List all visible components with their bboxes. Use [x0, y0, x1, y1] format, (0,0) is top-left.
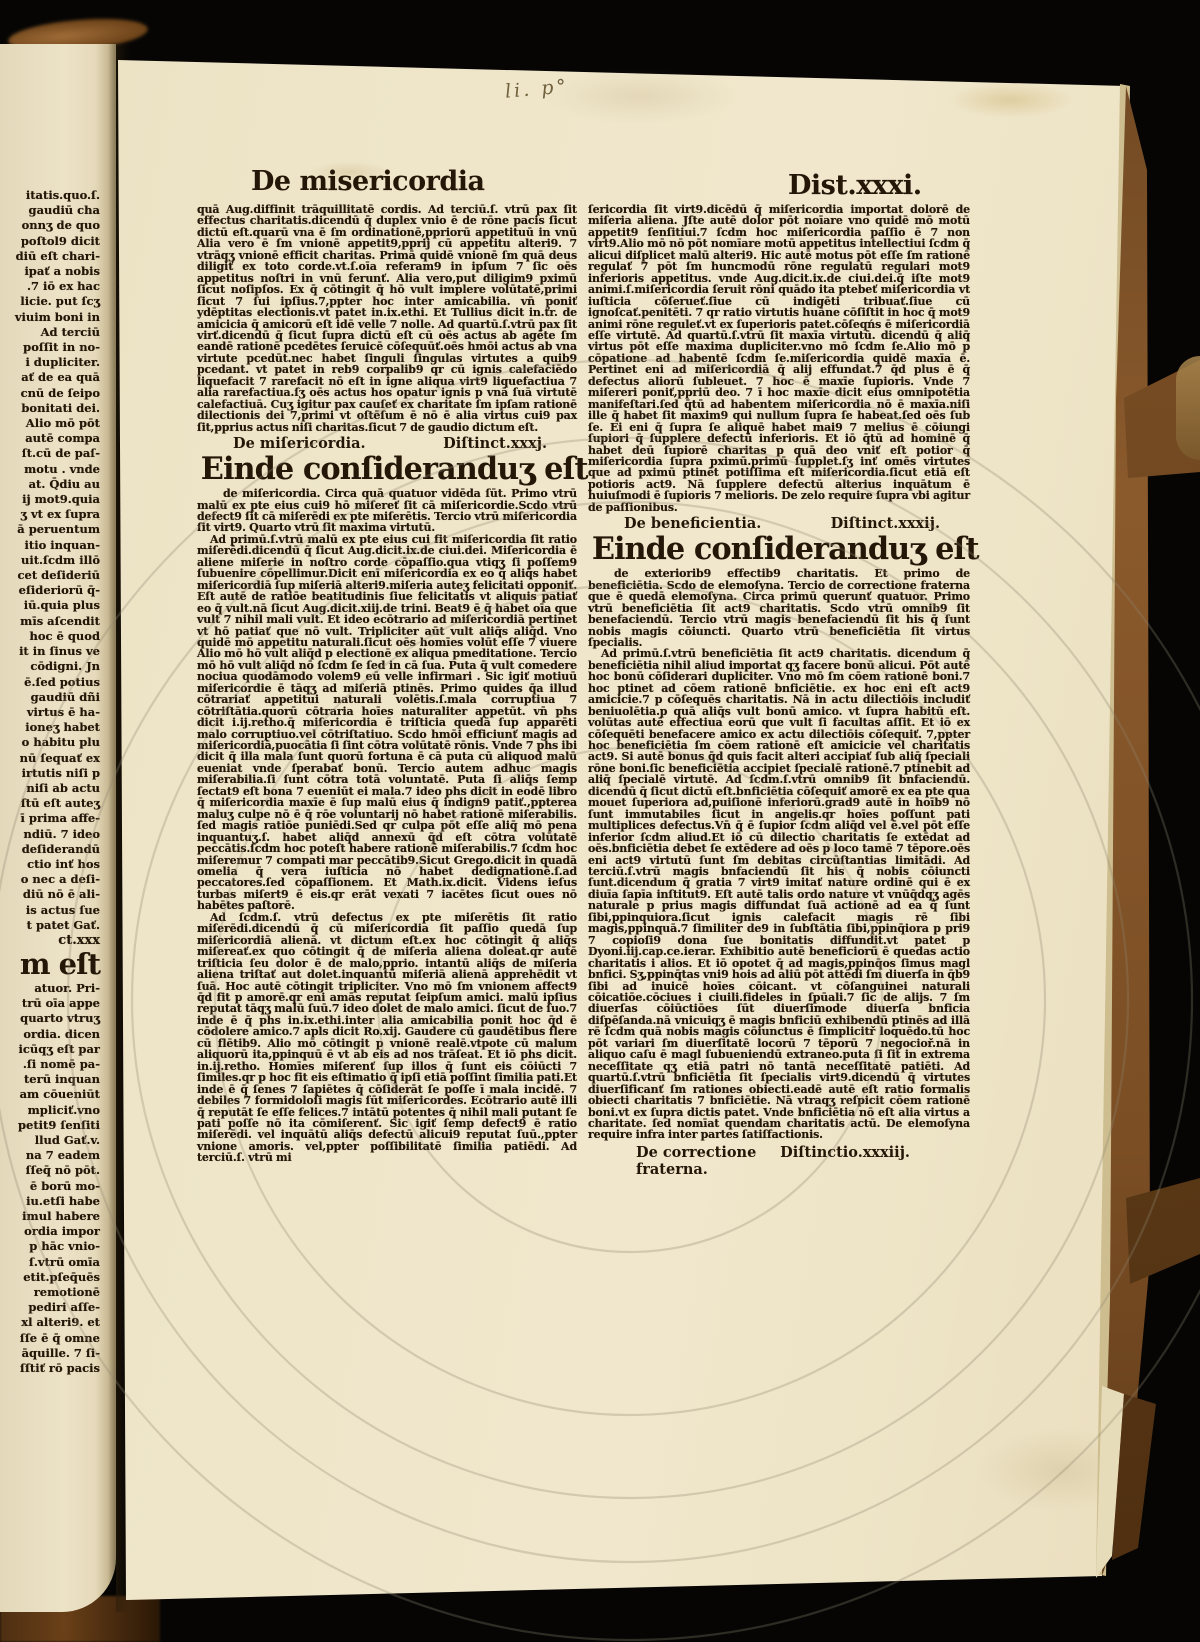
rubric-row: De beneficientia. Diſtinct.xxxij.: [588, 513, 970, 533]
facing-page-text-strip: itatis.quo.ſ.gaudiū chaonnʒ de quopoſtol…: [0, 188, 103, 1376]
facing-page-line: ſſe ē q̄ omne: [0, 1331, 100, 1346]
facing-page-line: bonitati dei.: [0, 401, 100, 416]
facing-page-line: remotionē: [0, 1285, 100, 1300]
text-column-right: ſericordia ſit virt9.dicēdū q̄ miſericor…: [588, 204, 970, 1178]
facing-page-line: virtus ē ha-: [0, 705, 100, 720]
facing-page-line: iū.quia plus: [0, 598, 100, 613]
facing-page-line: ij mot9.quia: [0, 492, 100, 507]
facing-page-line: ā peruentum: [0, 522, 100, 537]
facing-page-line: .ſi nomē pa-: [0, 1057, 100, 1072]
facing-page-line: cōdigni. Jn: [0, 659, 100, 674]
facing-page-line: poſtol9 dicit: [0, 234, 100, 249]
facing-page-line: at. Q̄diu au: [0, 477, 100, 492]
facing-page-line: cnū de ſeipo: [0, 386, 100, 401]
facing-page-line: ať de ea quā: [0, 370, 100, 385]
facing-page-line: āquille. 7 ſi-: [0, 1346, 100, 1361]
facing-page-line: uit.ſcdm illō: [0, 553, 100, 568]
rubric-title: De beneficientia.: [624, 515, 761, 532]
facing-page-line: ndiū. 7 ideo: [0, 827, 100, 842]
facing-page-line: ī prima affe-: [0, 811, 100, 826]
rubric-row: De correctione fraterna. Diſtinctio.xxxi…: [588, 1141, 970, 1178]
facing-page-line: t patet Gať.: [0, 918, 100, 933]
facing-page-line: ſ.vtrū omīa: [0, 1255, 100, 1270]
facing-page-line: na 7 eadem: [0, 1148, 100, 1163]
facing-page-line: irtutis niſi p: [0, 766, 100, 781]
facing-page-lines-top: itatis.quo.ſ.gaudiū chaonnʒ de quopoſtol…: [0, 188, 100, 933]
paragraph: Ad primū.ſ.vtrū malū ex pte eius cui fit…: [197, 534, 577, 912]
facing-page-line: ſt.cū de paſ-: [0, 446, 100, 461]
facing-page-line: ſſtiť rō pacis: [0, 1361, 100, 1376]
rubric-distinction: Diſtinct.xxxj.: [443, 435, 547, 452]
rubric-title: De miſericordia.: [233, 435, 366, 452]
facing-page-line: mīs aſcendit: [0, 614, 100, 629]
facing-page-line: imul habere: [0, 1209, 100, 1224]
facing-page-line: ſſeq̄ nō pōt.: [0, 1163, 100, 1178]
facing-page-line: ioneʒ habet: [0, 720, 100, 735]
leather-strap-upper-tip: [1176, 356, 1200, 460]
facing-page-line: ordia impor: [0, 1224, 100, 1239]
facing-page-line: mpliciť.vno: [0, 1103, 100, 1118]
facing-page-line: ſtū eſt auteʒ: [0, 796, 100, 811]
facing-page-line: etit.pſeq̄uēs: [0, 1270, 100, 1285]
facing-page-line: icūqʒ eſt par: [0, 1042, 100, 1057]
book-photograph: itatis.quo.ſ.gaudiū chaonnʒ de quopoſtol…: [0, 0, 1200, 1642]
facing-page-line: o habitu plu: [0, 735, 100, 750]
facing-page-line: onnʒ de quo: [0, 218, 100, 233]
facing-page-line: ipať a nobis: [0, 264, 100, 279]
running-head-left: De misericordia: [251, 166, 484, 197]
facing-page-lines-bottom: atuor. Pri-trū oīa appequarto vtruʒordia…: [0, 981, 100, 1376]
facing-page-line: eſideriorū q̄-: [0, 583, 100, 598]
facing-page-line: trū oīa appe: [0, 996, 100, 1011]
section-heading: Einde conſideranduʒ eſt: [201, 453, 573, 486]
facing-page-line: it in ſinus ve: [0, 644, 100, 659]
paragraph: quā Aug.diffinit trāquillitatē cordis. A…: [197, 204, 577, 433]
rubric-distinction: Diſtinctio.xxxiij.: [780, 1144, 910, 1161]
facing-page-line: hoc ē quod: [0, 629, 100, 644]
facing-page-line: pediri aſſe-: [0, 1300, 100, 1315]
facing-page-line: gaudiū cha: [0, 203, 100, 218]
text-column-left: quā Aug.diffinit trāquillitatē cordis. A…: [197, 204, 577, 1164]
facing-page-line: ʒ vt ex ſupra: [0, 507, 100, 522]
facing-page-line: ctio inť hos: [0, 857, 100, 872]
facing-page-line: .7 iō ex hac: [0, 279, 100, 294]
paragraph: de exteriorib9 effectib9 charitatis. Et …: [588, 568, 970, 648]
facing-page-line: llud Gať.v.: [0, 1133, 100, 1148]
paragraph: ſericordia ſit virt9.dicēdū q̄ miſericor…: [588, 204, 970, 513]
facing-page-line: o nec a deſi-: [0, 872, 100, 887]
paragraph: de miſericordia. Circa quā quatuor vidēd…: [197, 488, 577, 534]
rubric-distinction: Diſtinct.xxxij.: [831, 515, 940, 532]
facing-page-line: poſſit in no-: [0, 340, 100, 355]
facing-page-line: i dupliciter.: [0, 355, 100, 370]
facing-page-line: atuor. Pri-: [0, 981, 100, 996]
facing-page-line: ordia. dicen: [0, 1027, 100, 1042]
facing-page-line: viuim boni in: [0, 310, 100, 325]
facing-page-line: am cōueniūt: [0, 1087, 100, 1102]
paragraph: Ad primū.ſ.vtrū beneficiētia ſit act9 ch…: [588, 648, 970, 1140]
rubric-title: De correctione fraterna.: [636, 1144, 780, 1178]
facing-page-line: deſiderandū: [0, 842, 100, 857]
facing-page-line: licie. put ſcʒ: [0, 294, 100, 309]
facing-page-line: itio inquan-: [0, 538, 100, 553]
facing-page-line: petit9 ſenſiti: [0, 1118, 100, 1133]
facing-page-line: autē compa: [0, 431, 100, 446]
facing-page-line: motu . vnde: [0, 462, 100, 477]
paragraph: Ad ſcdm.ſ. vtrū defectus ex pte miſerēti…: [197, 912, 577, 1164]
facing-page-line: ē.ſed potius: [0, 675, 100, 690]
facing-page-line: niſi ab actu: [0, 781, 100, 796]
facing-page-rubric-fragment: ct.xxx: [0, 933, 100, 948]
facing-page-line: ē borū mo-: [0, 1179, 100, 1194]
facing-page-line: itatis.quo.ſ.: [0, 188, 100, 203]
facing-page-heading-fragment: m eſt: [0, 948, 100, 981]
facing-page-line: quarto vtruʒ: [0, 1011, 100, 1026]
facing-page-line: Ad terciū: [0, 325, 100, 340]
facing-page-line: diū eſt chari-: [0, 249, 100, 264]
facing-page-line: terū inquan: [0, 1072, 100, 1087]
facing-page-line: nū ſequať ex: [0, 751, 100, 766]
facing-page-line: iu.etſi habe: [0, 1194, 100, 1209]
section-heading: Einde conſideranduʒ eſt: [592, 533, 966, 566]
facing-page-line: gaudiū dñi: [0, 690, 100, 705]
rubric-row: De miſericordia. Diſtinct.xxxj.: [197, 433, 577, 453]
facing-page-line: diū nō ē ali-: [0, 887, 100, 902]
running-head-right: Dist.xxxi.: [788, 170, 922, 201]
facing-page-line: xl alteri9. et: [0, 1315, 100, 1330]
facing-page-line: p hāc vnio-: [0, 1239, 100, 1254]
facing-page-line: Alio mō pōt: [0, 416, 100, 431]
facing-page-line: cet deſideriū: [0, 568, 100, 583]
facing-page-line: is actus ſue: [0, 903, 100, 918]
